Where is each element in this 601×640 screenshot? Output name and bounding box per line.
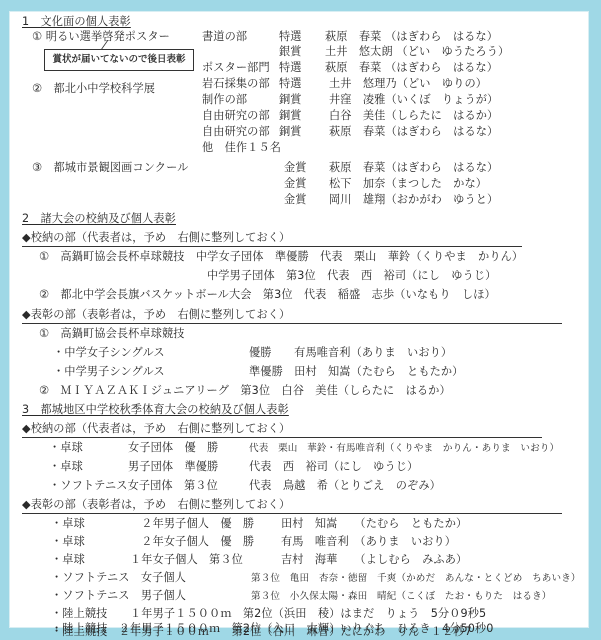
award-dept: 自由研究の部 — [202, 108, 270, 123]
section3-hyosho-left: ・ソフトテニス 男子個人 — [51, 588, 186, 603]
section3-hyosho-right: 第３位 小久保太陽・森田 晴紀（こくぼ たお・もりた はるき） — [251, 589, 552, 604]
section2-hyosho-line: ・中学男子シングルス — [53, 364, 165, 379]
section2-koufu-line: ② 都北中学会長旗バスケットボール大会 第3位 代表 稲盛 志歩（いなもり しほ… — [39, 287, 496, 302]
section3-hyosho-left: ・陸上競技 １年男子１５００ｍ 第2位（浜田 稜）はまだ りょう 5分０9秒5 — [51, 606, 486, 621]
section2-hyosho-heading: ◆表彰の部（表彰者は，予め 右側に整列しておく） — [22, 307, 290, 322]
divider — [22, 437, 542, 438]
section3-koufu-left: ・卓球 男子団体 準優勝 — [49, 459, 218, 474]
section3-hyosho-right: 吉村 海華 （よしむら みふあ） — [281, 552, 467, 567]
section3-hyosho-right: 第３位 亀田 杏奈・徳留 千爽（かめだ あんな・とくどめ ちあいき） — [251, 571, 581, 586]
section3-koufu-left: ・卓球 女子団体 優 勝 — [49, 440, 218, 455]
award-winner: 土井 悠太朗 （どい ゆうたろう） — [325, 44, 509, 59]
award-prize: 金賞 — [284, 160, 307, 175]
divider — [22, 323, 562, 324]
award-prize: 銅賞 — [279, 108, 302, 123]
section2-koufu-line: 中学男子団体 第3位 代表 西 裕司（にし ゆうじ） — [207, 268, 496, 283]
section2-hyosho-line: ② ＭＩＹＡＺＡＫＩジュニアリーグ 第3位 白谷 美佳（しらたに はるか） — [39, 383, 451, 398]
section3-koufu-left: ・ソフトテニス女子団体 第３位 — [49, 478, 218, 493]
award-dept: 書道の部 — [202, 29, 247, 44]
award-dept: 自由研究の部 — [202, 124, 270, 139]
section3-koufu-right: 代表 栗山 華鈴・有馬唯音利（くりやま かりん・ありま いおり） — [249, 441, 559, 456]
award-prize: 銀賞 — [279, 44, 302, 59]
section2-koufu-line: ① 高鍋町協会長杯卓球競技 中学女子団体 準優勝 代表 栗山 華鈴（くりやま か… — [39, 249, 523, 264]
award-winner: 萩原 春菜（はぎわら はるな） — [329, 160, 498, 175]
award-dept: ポスター部門 — [202, 60, 270, 75]
section1-item-2: ② 都北小中学校科学展 — [32, 81, 155, 96]
section3-heading: 3 都城地区中学校秋季体育大会の校納及び個人表彰 — [22, 402, 289, 417]
section3-hyosho-left: ・卓球 １年女子個人 第３位 — [51, 552, 243, 567]
section2-hyosho-line: ① 高鍋町協会長杯卓球競技 — [39, 326, 185, 341]
award-prize: 特選 — [279, 76, 302, 91]
award-winner: 井窪 凌雅（いくぼ りょうが） — [329, 92, 498, 107]
section3-koufu-right: 代表 鳥越 希（とりごえ のぞみ） — [249, 478, 441, 493]
award-prize: 金賞 — [284, 176, 307, 191]
divider — [22, 246, 522, 247]
award-winner: 萩原 春菜 （はぎわら はるな） — [325, 60, 498, 75]
award-winner: 萩原 春菜（はぎわら はるな） — [329, 124, 498, 139]
award-others: 他 佳作１５名 — [202, 140, 281, 155]
award-prize: 特選 — [279, 60, 302, 75]
section2-koufu-heading: ◆校納の部（代表者は，予め 右側に整列しておく） — [22, 230, 290, 245]
award-dept: 岩石採集の部 — [202, 76, 270, 91]
award-prize: 金賞 — [284, 192, 307, 207]
section3-hyosho-left: ・卓球 ２年女子個人 優 勝 — [51, 534, 254, 549]
award-winner: 岡川 雄翔（おかがわ ゆうと） — [329, 192, 498, 207]
section3-hyosho-right: 有馬 唯音利 （ありま いおり） — [281, 534, 456, 549]
award-prize: 特選 — [279, 29, 302, 44]
section3-koufu-right: 代表 西 裕司（にし ゆうじ） — [249, 459, 418, 474]
section3-hyosho-left: ・ソフトテニス 女子個人 — [51, 570, 186, 585]
section2-hyosho-result: 優勝 有馬唯音利（ありま いおり） — [249, 345, 452, 360]
section3-hyosho-left: ・卓球 ２年男子個人 優 勝 — [51, 516, 254, 531]
award-prize: 銅賞 — [279, 92, 302, 107]
award-dept: 制作の部 — [202, 92, 247, 107]
divider — [22, 513, 562, 514]
award-winner: 白谷 美佳（しらたに はるか） — [329, 108, 498, 123]
note-box: 賞状が届いてないので後日表彰 — [44, 49, 194, 71]
section3-hyosho-left: ・陸上競技 ２年男子１５００ｍ 第2位（入口 大輝）いりぐち ひろき 4分50秒… — [51, 621, 493, 636]
section3-koufu-heading: ◆校納の部（代表者は，予め 右側に整列しておく） — [22, 421, 290, 436]
section2-hyosho-line: ・中学女子シングルス — [53, 345, 165, 360]
award-prize: 銅賞 — [279, 124, 302, 139]
award-winner: 土井 悠理乃（どい ゆりの） — [329, 76, 487, 91]
document-page: 1 文化面の個人表彰 ① 明るい選挙啓発ポスター 賞状が届いてないので後日表彰 … — [9, 11, 589, 628]
section1-item-3: ③ 都城市景観図画コンクール — [32, 160, 188, 175]
section1-item-1: ① 明るい選挙啓発ポスター — [32, 29, 170, 44]
section3-hyosho-heading: ◆表彰の部（表彰者は，予め 右側に整列しておく） — [22, 497, 290, 512]
section2-hyosho-result: 準優勝 田村 知嵩（たむら ともたか） — [249, 364, 463, 379]
section1-heading: 1 文化面の個人表彰 — [22, 14, 131, 29]
award-winner: 松下 加奈（まつした かな） — [329, 176, 487, 191]
award-winner: 萩原 春菜 （はぎわら はるな） — [325, 29, 498, 44]
section2-heading: 2 諸大会の校納及び個人表彰 — [22, 211, 176, 226]
section3-hyosho-right: 田村 知嵩 （たむら ともたか） — [281, 516, 467, 531]
